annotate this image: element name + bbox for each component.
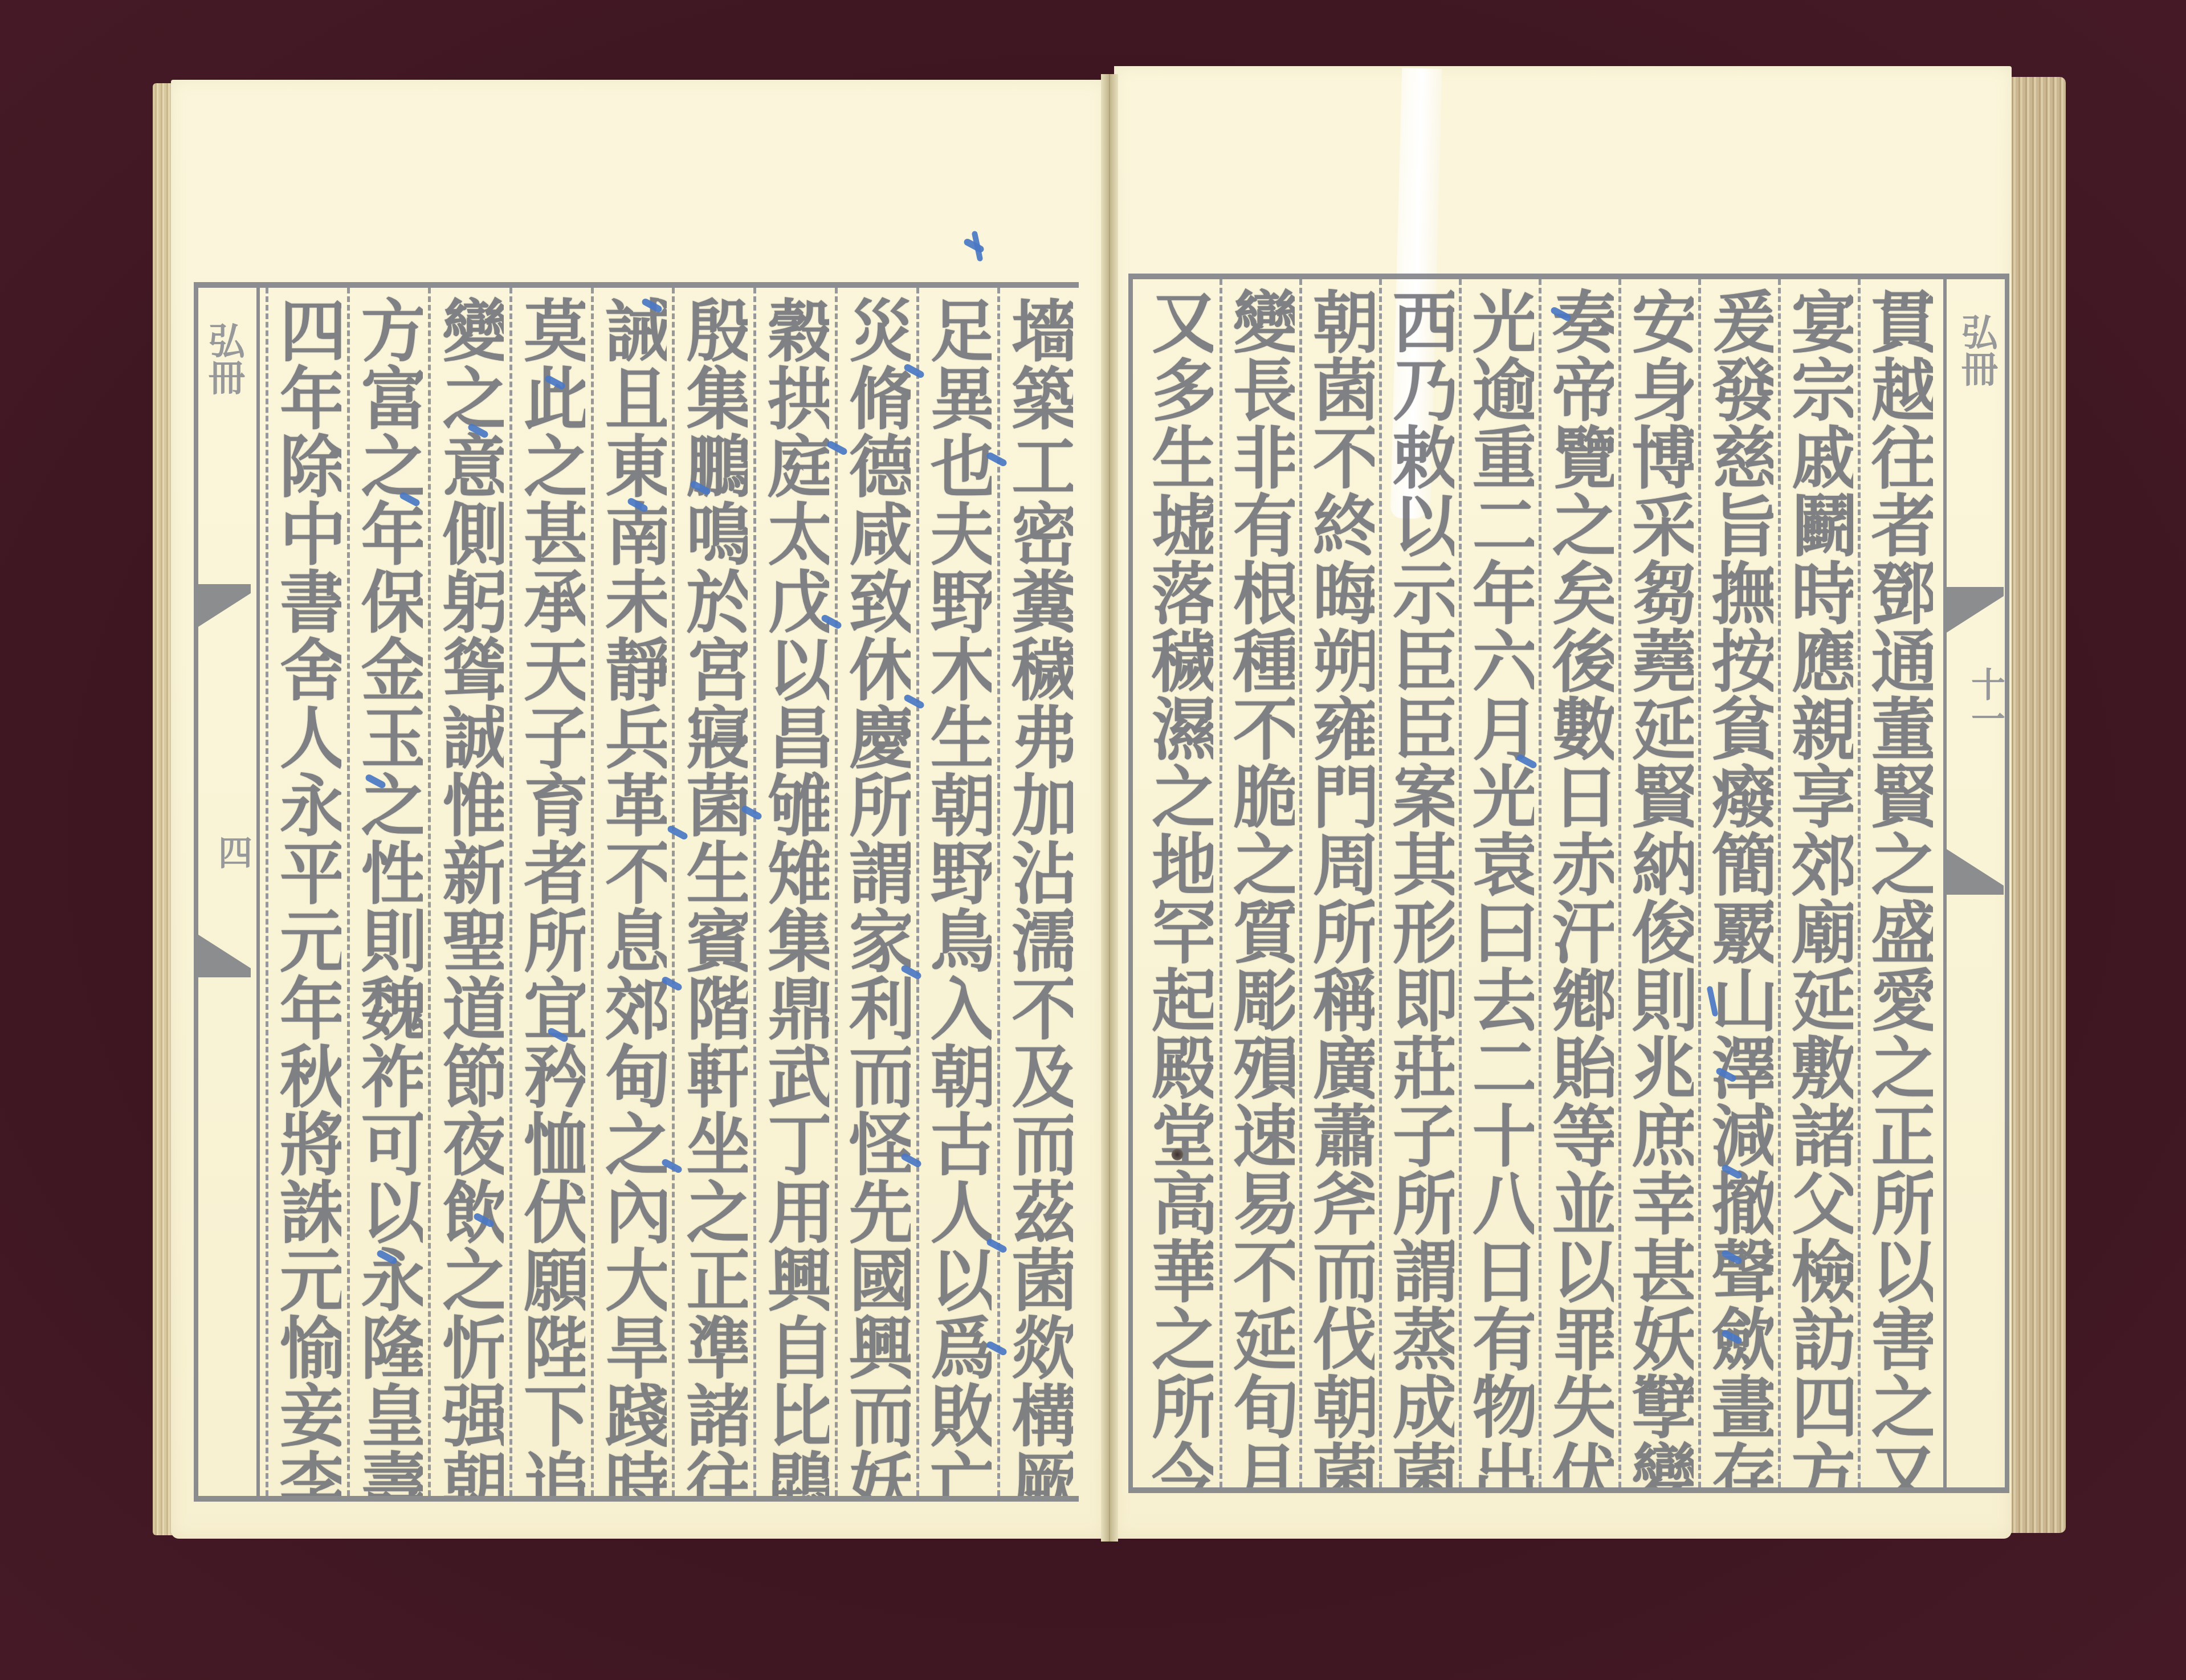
left-text-columns: 墻築工密糞穢弗加沾濡不及而茲菌欻構厥狀扶疏 足異也夫野木生朝野鳥入朝古人以爲敗亡… xyxy=(266,288,1079,1496)
text-column: 奏帝覽之矣後數日赤汗鄕貽等並以罪失伏法於是禮 xyxy=(1539,279,1618,1487)
fishtail-lower-icon xyxy=(1947,849,2004,895)
text-column: 貫越往者鄧通董賢之盛愛之正所以害之又賜饗食如罷 xyxy=(1858,279,1938,1487)
book-gutter xyxy=(1101,74,1118,1542)
text-column: 莫此之甚承天子育者所宜矜恤伏願陛下追殷二宗感 xyxy=(509,288,591,1496)
text-column: 又多生墟落穢濕之地罕起殿堂高華之所今極宇崇麗 xyxy=(1140,279,1220,1487)
text-column: 穀拱庭太戊以昌雊雉集鼎武丁用興自比鵾鵲巢于廟 xyxy=(753,288,835,1496)
leaf-number: 十一 xyxy=(1961,667,2010,735)
text-column: 西乃敕以示臣臣案其形即莊子所謂蒸成菌者也又云 xyxy=(1379,279,1459,1487)
text-column: 變長非有根種不脆之質彫殞速易不延旬月無擬蕭斧 xyxy=(1220,279,1299,1487)
open-book-spread: 弘冊 四 墻築工密糞穢弗加沾濡不及而茲菌欻構厥狀扶疏 足異也夫野木生朝野鳥入朝古… xyxy=(0,0,2186,1680)
banxin-title: 弘冊 xyxy=(1958,313,1995,386)
fishtail-upper-icon xyxy=(194,584,251,630)
text-column: 爰發慈旨撫按貧癈簡覈山澤減撤聲歛畫存政道夜以 xyxy=(1698,279,1778,1487)
text-column: 四年除中書舍人永平元年秋將誅元愉妾李氏羣官無 xyxy=(266,288,347,1496)
right-page-print-frame: 貫越往者鄧通董賢之盛愛之正所以害之又賜饗食如罷 宴宗戚鬬時應親享郊廟延敷諸父檢訪… xyxy=(1128,274,2009,1493)
text-column: 墻築工密糞穢弗加沾濡不及而茲菌欻構厥狀扶疏 xyxy=(997,288,1079,1496)
text-column: 宴宗戚鬬時應親享郊廟延敷諸父檢訪四方務加休息 xyxy=(1778,279,1858,1487)
text-column: 安身博采芻蕘延賢納俊則兆庶幸甚妖孼變進禎祥集 xyxy=(1618,279,1698,1487)
fishtail-upper-icon xyxy=(1947,587,2004,633)
right-text-columns: 貫越往者鄧通董賢之盛愛之正所以害之又賜饗食如罷 宴宗戚鬬時應親享郊廟延敷諸父檢訪… xyxy=(1133,279,1938,1487)
text-column: 誡且東南未靜兵革不息郊甸之內大旱踐時人勞物瘁 xyxy=(591,288,672,1496)
leaf-number: 四 xyxy=(208,835,257,869)
right-banxin-center-strip: 弘冊 十一 xyxy=(1943,279,2009,1487)
right-page-stack-edge xyxy=(2009,77,2066,1533)
left-banxin-center-strip: 弘冊 四 xyxy=(194,288,260,1496)
text-column: 殷集鵬鳴於宮寢菌生賓階軒坐之正準諸往記信可爲 xyxy=(672,288,753,1496)
fishtail-lower-icon xyxy=(194,932,251,977)
text-column: 方富之年保金玉之性則魏祚可以永隆皇壽等於山岳 xyxy=(347,288,429,1496)
text-column: 變之意側躬聳誠惟新聖道節夜飲之忻强朝御之膳養 xyxy=(428,288,509,1496)
text-column: 光逾重二年六月光袁曰去二十八日有物出于太極之 xyxy=(1459,279,1539,1487)
text-column: 朝菌不終晦朔雍門周所稱廣蕭斧而伐朝菌指言蒸氣 xyxy=(1299,279,1379,1487)
wormhole-spot xyxy=(1171,1148,1184,1161)
left-page-print-frame: 弘冊 四 墻築工密糞穢弗加沾濡不及而茲菌欻構厥狀扶疏 足異也夫野木生朝野鳥入朝古… xyxy=(194,282,1079,1502)
banxin-title: 弘冊 xyxy=(205,322,242,395)
text-column: 災脩德咸致休慶所謂家利而怪先國興而妖豫是故桑 xyxy=(835,288,916,1496)
text-column: 足異也夫野木生朝野鳥入朝古人以爲敗亡之象然 xyxy=(916,288,998,1496)
